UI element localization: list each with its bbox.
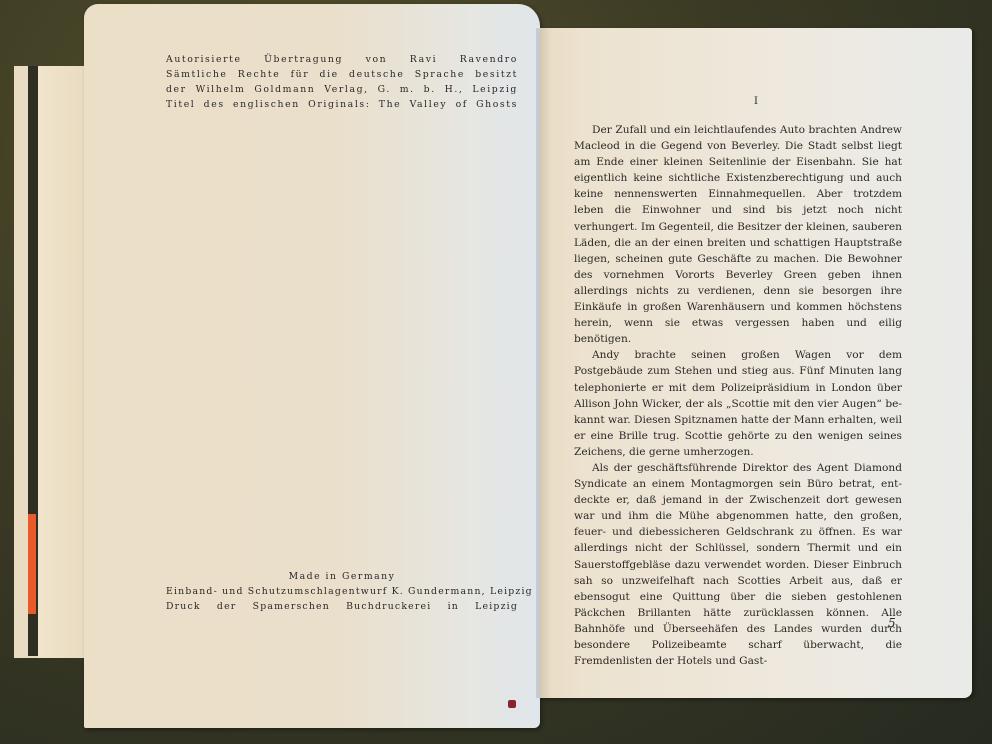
bookmark-ribbon <box>508 700 516 708</box>
chapter-number: I <box>540 96 972 107</box>
colophon-line: Druck der Spamerschen Buchdruckerei in L… <box>166 599 518 614</box>
imprint-line: Autorisierte Übertragung von Ravi Ravend… <box>166 52 518 67</box>
imprint-line: der Wilhelm Goldmann Verlag, G. m. b. H.… <box>166 82 518 97</box>
paragraph: Der Zufall und ein leichtlaufendes Auto … <box>574 122 902 347</box>
imprint-line: Titel des englischen Originals: The Vall… <box>166 97 518 112</box>
left-page <box>84 4 540 728</box>
underlying-book-orange-stripe <box>28 514 36 614</box>
colophon-block: Made in Germany Einband- und Schutzumsch… <box>166 569 518 614</box>
chapter-body: Der Zufall und ein leichtlaufendes Auto … <box>574 122 902 669</box>
paragraph: Als der geschäftsführende Direktor des A… <box>574 460 902 669</box>
imprint-block: Autorisierte Übertragung von Ravi Ravend… <box>166 52 518 112</box>
paragraph: Andy brachte seinen großen Wagen vor dem… <box>574 347 902 460</box>
made-in-germany: Made in Germany <box>166 569 518 584</box>
page-number: 5 <box>888 616 896 630</box>
colophon-line: Einband- und Schutzumschlagentwurf K. Gu… <box>166 584 518 599</box>
book-gutter <box>536 28 552 698</box>
show-through-title-ghost: ​ ​ ​ <box>240 125 510 290</box>
imprint-line: Sämtliche Rechte für die deutsche Sprach… <box>166 67 518 82</box>
